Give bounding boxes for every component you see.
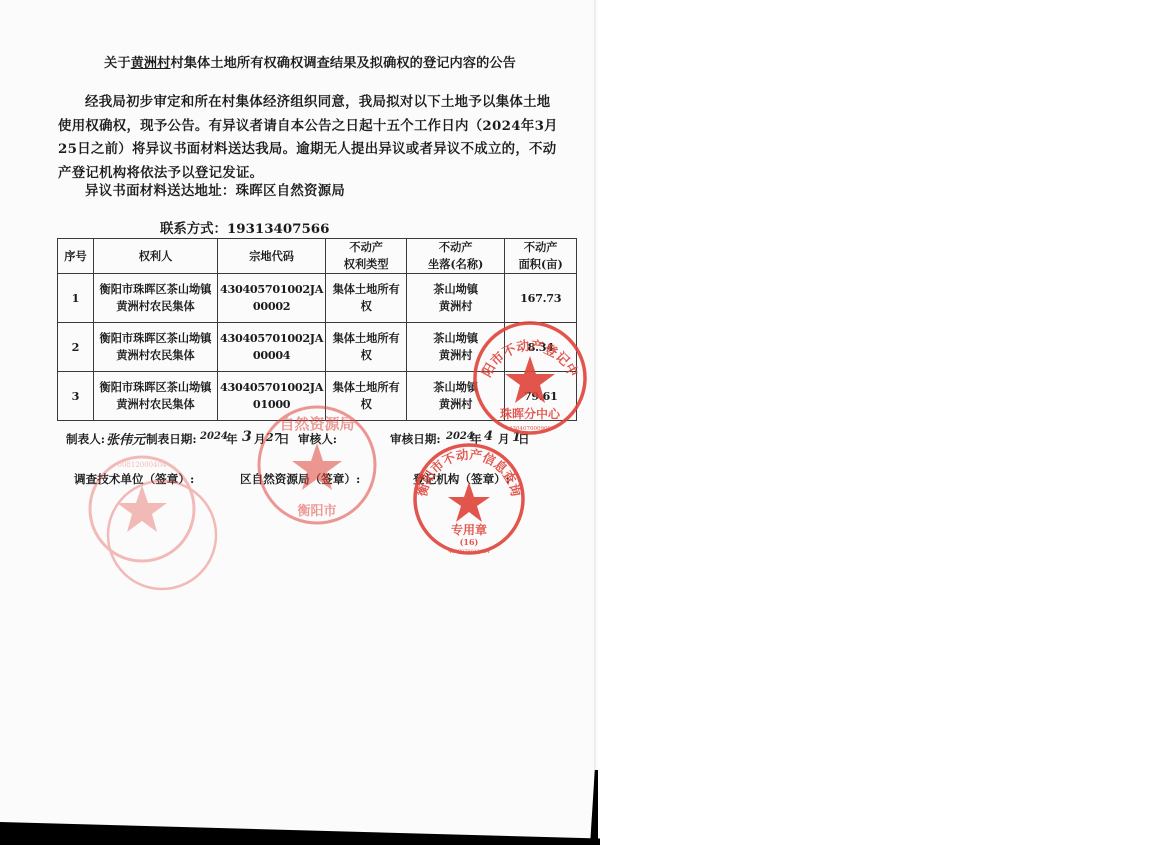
svg-text:珠晖分中心: 珠晖分中心: [500, 406, 561, 421]
year-suffix: 年: [226, 431, 238, 447]
document-title: 关于黄洲村村集体土地所有权确权调查结果及拟确权的登记内容的公告: [60, 52, 560, 71]
district-bureau-stamp: 自然资源局 衡阳市: [255, 403, 380, 528]
table-row: 1衡阳市珠晖区茶山坳镇 黄洲村农民集体430405701002JA 00002集…: [58, 274, 577, 323]
svg-text:衡阳市: 衡阳市: [297, 503, 336, 519]
cell-type: 集体土地所有 权: [326, 323, 407, 372]
table-header-row: 序号权利人宗地代码不动产 权利类型不动产 坐落(名称)不动产 面积(亩): [58, 239, 577, 274]
title-prefix: 关于: [104, 56, 131, 71]
cell-code: 430405701002JA 00004: [218, 323, 326, 372]
svg-text:自然资源局: 自然资源局: [279, 415, 354, 433]
cell-no: 1: [58, 274, 94, 323]
contact-info: 联系方式：19313407566: [160, 218, 329, 237]
registration-center-stamp: 衡阳市不动产登记中心 珠晖分中心 430407000909: [470, 318, 590, 438]
cell-owner: 衡阳市珠晖区茶山坳镇 黄洲村农民集体: [94, 274, 218, 323]
prepare-date-label: 制表日期:: [146, 431, 197, 447]
svg-text:4307078011604: 4307078011604: [448, 549, 489, 555]
star-icon: [448, 482, 490, 522]
column-header: 权利人: [94, 239, 218, 274]
cell-owner: 衡阳市珠晖区茶山坳镇 黄洲村农民集体: [94, 372, 218, 421]
scanned-page: 关于黄洲村村集体土地所有权确权调查结果及拟确权的登记内容的公告 经我局初步审定和…: [0, 0, 597, 845]
title-village: 黄洲村: [131, 56, 171, 71]
column-header: 不动产 权利类型: [326, 239, 407, 274]
info-query-stamp: 衡阳市不动产信息查询 专用章 (16) 4307078011604: [410, 440, 528, 558]
star-icon: [117, 485, 167, 532]
column-header: 序号: [58, 239, 94, 274]
title-rest: 村集体土地所有权确权调查结果及拟确权的登记内容的公告: [170, 56, 515, 71]
column-header: 不动产 坐落(名称): [407, 239, 505, 274]
prepare-date-month: 3: [242, 429, 252, 445]
column-header: 宗地代码: [218, 239, 326, 274]
cell-no: 3: [58, 372, 94, 421]
svg-text:(16): (16): [460, 537, 479, 547]
cell-location: 茶山坳镇 黄洲村: [407, 274, 505, 323]
scan-edge: [594, 0, 597, 845]
prepare-date-year: 2024: [200, 431, 228, 442]
objection-address: 异议书面材料送达地址：珠晖区自然资源局: [58, 180, 558, 204]
announcement-paragraph: 经我局初步审定和所在村集体经济组织同意，我局拟对以下土地予以集体土地使用权确权，…: [58, 91, 558, 185]
cell-code: 430405701002JA 00002: [218, 274, 326, 323]
cell-owner: 衡阳市珠晖区茶山坳镇 黄洲村农民集体: [94, 323, 218, 372]
cell-no: 2: [58, 323, 94, 372]
preparer-label: 制表人:: [66, 431, 105, 447]
star-icon: [292, 443, 342, 490]
column-header: 不动产 面积(亩): [505, 239, 577, 274]
cell-type: 集体土地所有 权: [326, 274, 407, 323]
survey-unit-stamp: 00812000404: [84, 447, 224, 597]
preparer-signature: 张伟元: [106, 429, 145, 448]
star-icon: [505, 356, 555, 403]
svg-text:430407000909: 430407000909: [509, 426, 551, 432]
cell-area: 167.73: [505, 274, 577, 323]
svg-text:00812000404: 00812000404: [118, 461, 168, 469]
svg-text:专用章: 专用章: [451, 522, 487, 537]
